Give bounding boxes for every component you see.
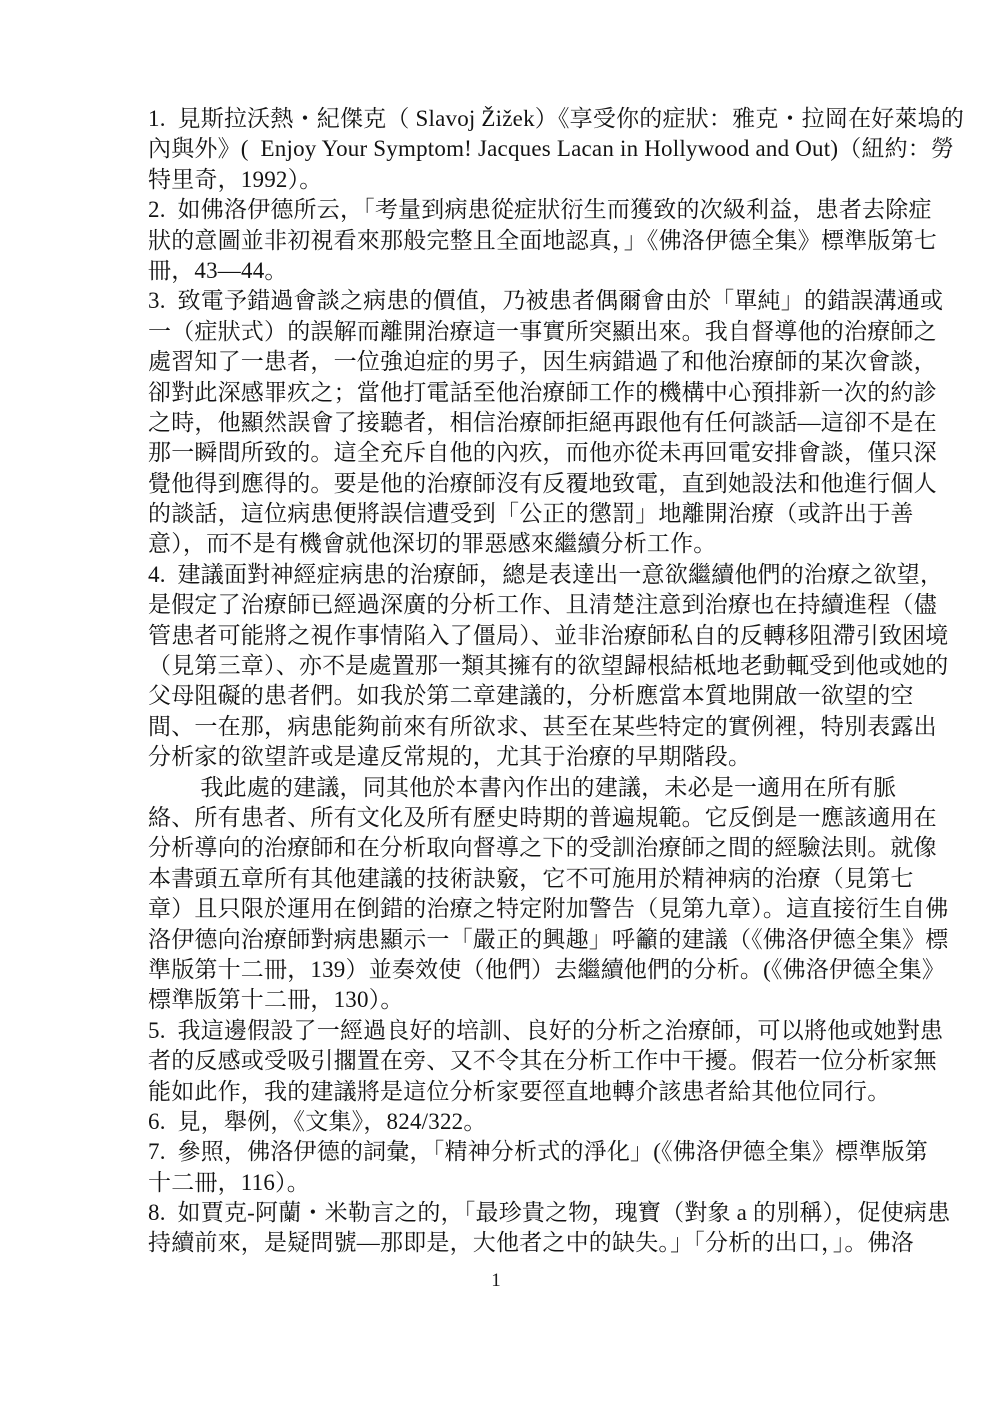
note-5-line-2: 者的反感或受吸引擱置在旁、又不令其在分析工作中干擾。假若一位分析家無 [148,1046,878,1076]
document-page: 1. 見斯拉沃熱・紀傑克（ Slavoj Žižek）《享受你的症狀：雅克・拉岡… [0,0,992,1403]
note-4-line-8: 我此處的建議，同其他於本書內作出的建議，未必是一適用在所有脈 [148,773,878,803]
note-1-line-3: 特里奇，1992）。 [148,165,878,195]
note-3-line-8: 的談話，這位病患便將誤信遭受到「公正的懲罰」地離開治療（或許出于善 [148,499,878,529]
note-1-line-2: 內與外》( Enjoy Your Symptom! Jacques Lacan … [148,134,878,164]
note-4-line-1: 4. 建議面對神經症病患的治療師，總是表達出一意欲繼續他們的治療之欲望， [148,560,878,590]
note-5-line-3: 能如此作，我的建議將是這位分析家要徑直地轉介該患者給其他位同行。 [148,1077,878,1107]
note-3-line-9: 意），而不是有機會就他深切的罪惡感來繼續分析工作。 [148,529,878,559]
note-3-line-2: 一（症狀式）的誤解而離開治療這一事實所突顯出來。我自督導他的治療師之 [148,317,878,347]
note-5-line-1: 5. 我這邊假設了一經過良好的培訓、良好的分析之治療師，可以將他或她對患 [148,1016,878,1046]
note-4-line-10: 分析導向的治療師和在分析取向督導之下的受訓治療師之間的經驗法則。就像 [148,833,878,863]
note-3-line-1: 3. 致電予錯過會談之病患的價值，乃被患者偶爾會由於「單純」的錯誤溝通或 [148,286,878,316]
note-6-line-1: 6. 見，舉例，《文集》，824/322。 [148,1107,878,1137]
note-4-line-6: 間、一在那，病患能夠前來有所欲求、甚至在某些特定的實例裡，特別表露出 [148,712,878,742]
note-4-line-4: （見第三章）、亦不是處置那一類其擁有的欲望歸根結柢地老動輒受到他或她的 [148,651,878,681]
note-1-line-1: 1. 見斯拉沃熱・紀傑克（ Slavoj Žižek）《享受你的症狀：雅克・拉岡… [148,104,878,134]
page-number: 1 [0,1270,992,1292]
note-4-line-2: 是假定了治療師已經過深廣的分析工作、且清楚注意到治療也在持續進程（儘 [148,590,878,620]
note-4-line-14: 準版第十二冊，139）並奏效使（他們）去繼續他們的分析。(《佛洛伊德全集》 [148,955,878,985]
note-4-line-7: 分析家的欲望許或是違反常規的，尤其于治療的早期階段。 [148,742,878,772]
note-4-line-5: 父母阻礙的患者們。如我於第二章建議的，分析應當本質地開啟一欲望的空 [148,681,878,711]
note-2-line-2: 狀的意圖並非初視看來那般完整且全面地認真，」《佛洛伊德全集》標準版第七 [148,226,878,256]
note-2-line-1: 2. 如佛洛伊德所云，「考量到病患從症狀衍生而獲致的次級利益，患者去除症 [148,195,878,225]
note-7-line-2: 十二冊，116）。 [148,1168,878,1198]
endnotes-text: 1. 見斯拉沃熱・紀傑克（ Slavoj Žižek）《享受你的症狀：雅克・拉岡… [148,104,878,1259]
note-3-line-4: 卻對此深感罪疚之；當他打電話至他治療師工作的機構中心預排新一次的約診 [148,378,878,408]
note-3-line-5: 之時，他顯然誤會了接聽者，相信治療師拒絕再跟他有任何談話—這卻不是在 [148,408,878,438]
note-3-line-7: 覺他得到應得的。要是他的治療師沒有反覆地致電，直到她設法和他進行個人 [148,469,878,499]
note-4-line-15: 標準版第十二冊，130）。 [148,985,878,1015]
note-3-line-6: 那一瞬間所致的。這全充斥自他的內疚，而他亦從未再回電安排會談，僅只深 [148,438,878,468]
note-4-line-3: 管患者可能將之視作事情陷入了僵局）、並非治療師私自的反轉移阻滯引致困境 [148,621,878,651]
note-8-line-2: 持續前來，是疑問號—那即是，大他者之中的缺失。」「分析的出口，」。佛洛 [148,1228,878,1258]
note-3-line-3: 處習知了一患者，一位強迫症的男子，因生病錯過了和他治療師的某次會談， [148,347,878,377]
note-2-line-3: 冊，43—44。 [148,256,878,286]
note-4-line-11: 本書頭五章所有其他建議的技術訣竅，它不可施用於精神病的治療（見第七 [148,864,878,894]
note-4-line-12: 章）且只限於運用在倒錯的治療之特定附加警告（見第九章）。這直接衍生自佛 [148,894,878,924]
note-4-line-13: 洛伊德向治療師對病患顯示一「嚴正的興趣」呼籲的建議（《佛洛伊德全集》標 [148,925,878,955]
note-7-line-1: 7. 參照，佛洛伊德的詞彙，「精神分析式的淨化」(《佛洛伊德全集》標準版第 [148,1137,878,1167]
note-4-line-9: 絡、所有患者、所有文化及所有歷史時期的普遍規範。它反倒是一應該適用在 [148,803,878,833]
note-8-line-1: 8. 如賈克-阿蘭・米勒言之的，「最珍貴之物，瑰寶（對象 a 的別稱），促使病患 [148,1198,878,1228]
